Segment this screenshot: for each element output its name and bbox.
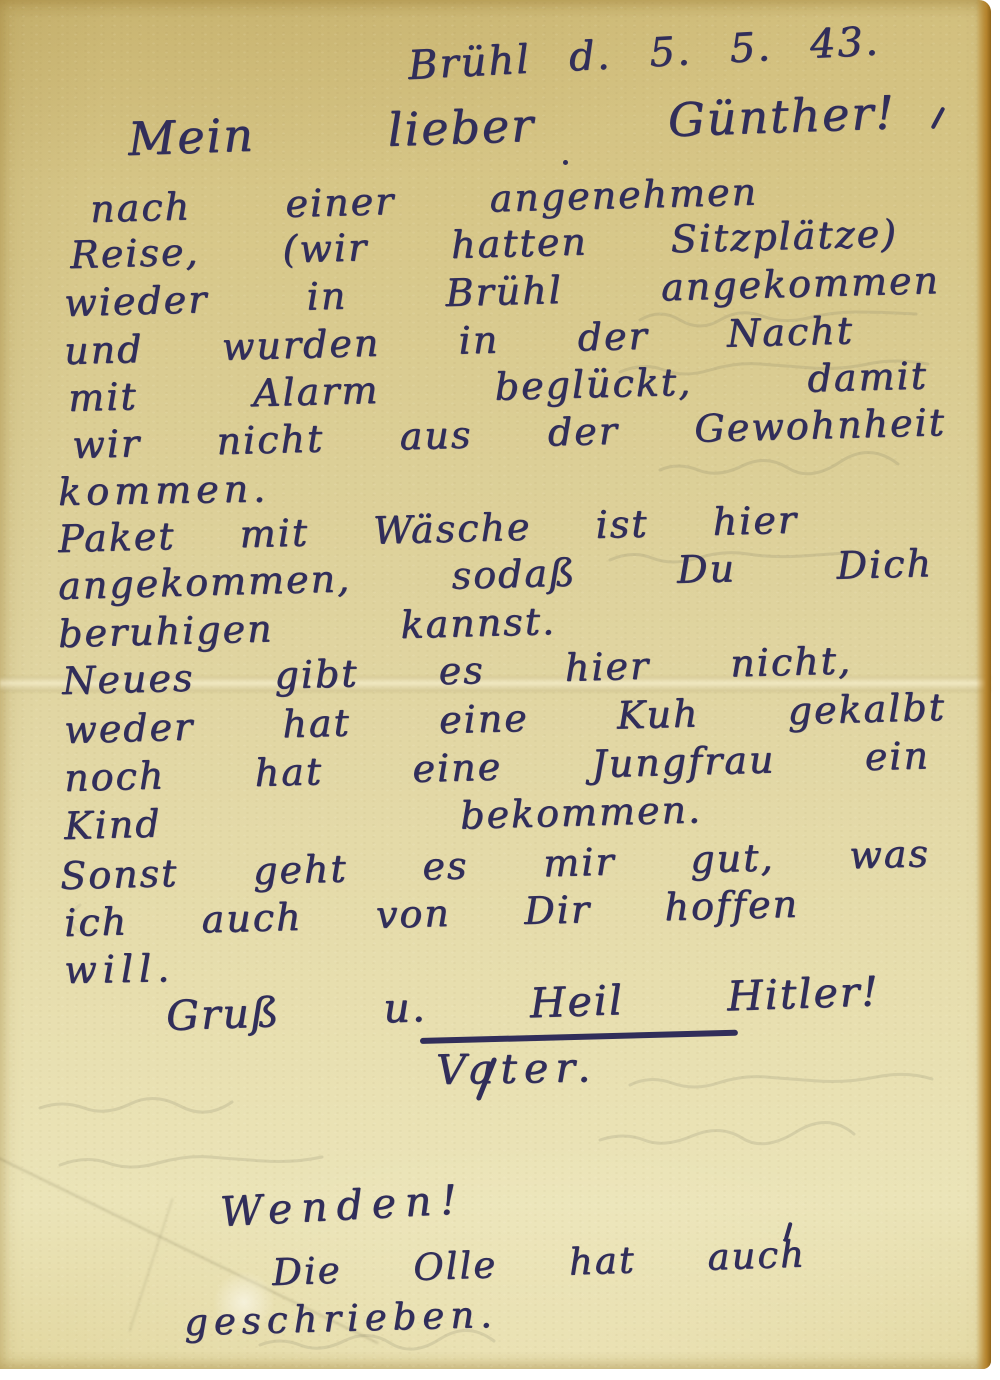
body-line: will.	[64, 949, 176, 989]
postscript-line: geschrieben.	[184, 1296, 499, 1341]
paper-right-edge	[976, 0, 991, 1369]
body-line: kommen.	[58, 469, 271, 511]
stray-ink-dot	[563, 160, 568, 165]
turn-note: Wenden!	[219, 1179, 467, 1233]
signature: Vater.	[436, 1047, 598, 1091]
letter-paper-sheet: Brühl d. 5. 5. 43. Mein lieber Günther! …	[0, 0, 991, 1369]
letter-scan-page: { "page": { "background_color": "#ffffff…	[0, 0, 1000, 1380]
